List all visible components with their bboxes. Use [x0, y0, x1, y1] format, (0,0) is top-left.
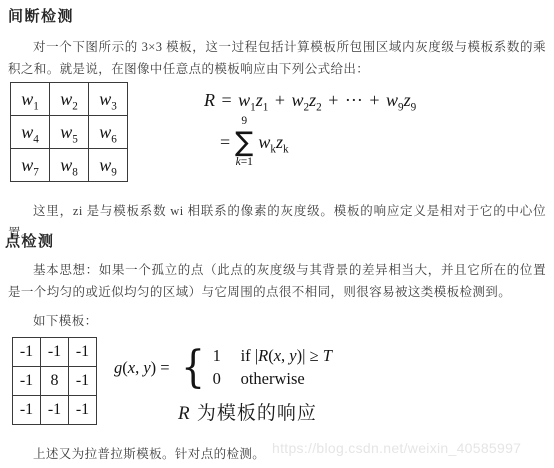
paragraph-template-description: 对一个下图所示的 3×3 模板，这一过程包括计算模板所包围区域内灰度级与模板系数… [8, 36, 546, 80]
heading-point-detection: 点检测 [5, 230, 55, 251]
watermark-url: https://blog.csdn.net/weixin_40585997 [272, 440, 521, 456]
mask-cell-w2: w2 [50, 83, 89, 116]
mask-row: w1 w2 w3 [11, 83, 128, 116]
mask-cell-w3: w3 [89, 83, 128, 116]
mask-row: -1 -1 -1 [13, 338, 97, 367]
mask-cell: -1 [41, 338, 69, 367]
mask-cell-w8: w8 [50, 149, 89, 182]
weight-mask-table: w1 w2 w3 w4 w5 w6 w7 w8 w9 [10, 82, 128, 182]
response-sum-formula: R = w1z1 + w2z2 + ··· + w9z9 = 9 ∑ k=1 w… [204, 90, 416, 170]
case-condition: if |R(x, y)| ≥ T [241, 346, 332, 366]
mask-cell-w1: w1 [11, 83, 50, 116]
mask-cell-w7: w7 [11, 149, 50, 182]
heading-discontinuity-detection: 间断检测 [8, 5, 74, 26]
sigma-icon: ∑ [235, 129, 253, 156]
case-condition: otherwise [241, 369, 305, 389]
mask-cell-w5: w5 [50, 116, 89, 149]
mask-cell-w6: w6 [89, 116, 128, 149]
r-caption-text: 为模板的响应 [191, 403, 317, 424]
laplacian-mask-table: -1 -1 -1 -1 8 -1 -1 -1 -1 [12, 337, 97, 425]
case-row: 0 otherwise [213, 369, 332, 389]
r-variable: R [178, 403, 191, 424]
formula-lhs: g(x, y) = [114, 358, 170, 378]
mask-row: -1 8 -1 [13, 367, 97, 396]
mask-cell: -1 [13, 396, 41, 425]
formula-expanded-line: R = w1z1 + w2z2 + ··· + w9z9 [204, 90, 416, 111]
paragraph-coefficient-note: 这里，zi 是与模板系数 wi 相联系的像素的灰度级。模板的响应定义是相对于它的… [8, 200, 546, 244]
mask-row: w4 w5 w6 [11, 116, 128, 149]
sum-body-term: wkzk [258, 132, 288, 153]
mask-row: w7 w8 w9 [11, 149, 128, 182]
equals-sign: = [220, 132, 230, 153]
mask-cell: -1 [69, 396, 97, 425]
case-value: 0 [213, 369, 229, 389]
formula-sum-line: = 9 ∑ k=1 wkzk [220, 115, 416, 170]
threshold-formula: g(x, y) = { 1 if |R(x, y)| ≥ T 0 otherwi… [114, 346, 332, 389]
cases-block: 1 if |R(x, y)| ≥ T 0 otherwise [213, 346, 332, 389]
left-brace-glyph: { [181, 347, 205, 389]
case-row: 1 if |R(x, y)| ≥ T [213, 346, 332, 366]
case-value: 1 [213, 346, 229, 366]
mask-cell-center: 8 [41, 367, 69, 396]
mask-cell-w4: w4 [11, 116, 50, 149]
sum-lower-limit: k=1 [236, 156, 253, 170]
response-caption: R 为模板的响应 [178, 398, 317, 425]
mask-cell: -1 [69, 367, 97, 396]
paragraph-basic-idea: 基本思想：如果一个孤立的点（此点的灰度级与其背景的差异相当大，并且它所在的位置是… [8, 259, 546, 303]
mask-cell: -1 [69, 338, 97, 367]
paragraph-mask-intro: 如下模板： [8, 310, 546, 332]
mask-cell: -1 [13, 338, 41, 367]
summation-block: 9 ∑ k=1 [235, 115, 253, 170]
mask-cell-w9: w9 [89, 149, 128, 182]
document-page: 间断检测 对一个下图所示的 3×3 模板，这一过程包括计算模板所包围区域内灰度级… [0, 0, 554, 468]
mask-row: -1 -1 -1 [13, 396, 97, 425]
mask-cell: -1 [13, 367, 41, 396]
mask-cell: -1 [41, 396, 69, 425]
